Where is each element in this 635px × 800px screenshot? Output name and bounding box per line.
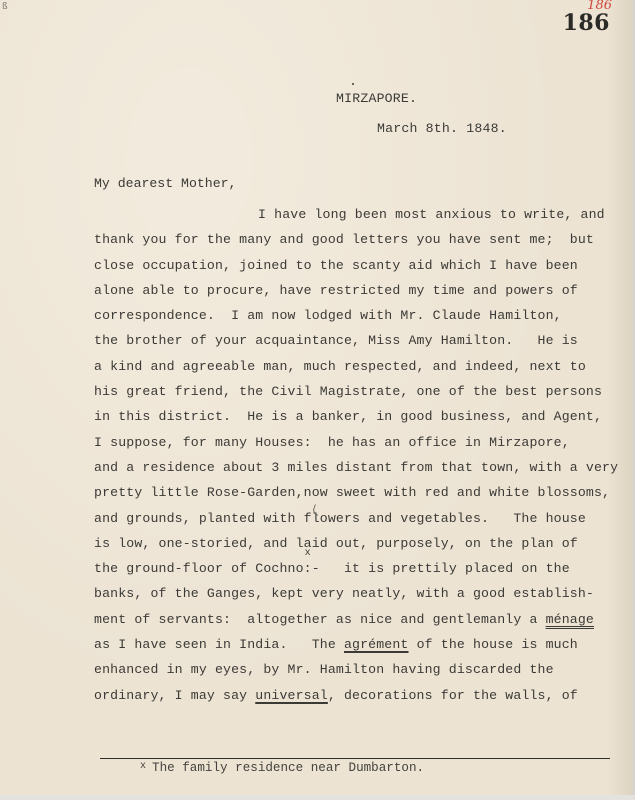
underlined-word: universal [255, 688, 328, 703]
footnote-text: The family residence near Dumbarton. [152, 761, 424, 775]
text-segment: ment of servants: altogether as nice and… [94, 612, 546, 627]
footnote-marker: x [140, 761, 146, 772]
text-segment: ordinary, I may say [94, 688, 255, 703]
body-line: I have long been most anxious to write, … [94, 202, 618, 227]
body-line: banks, of the Ganges, kept very neatly, … [94, 581, 618, 606]
text-segment: the ground-floor of Cochno [94, 561, 304, 576]
corner-mark: ß [2, 2, 8, 12]
body-line: thank you for the many and good letters … [94, 227, 618, 252]
body-line: and grounds, planted with flowers and ve… [94, 506, 618, 531]
stamped-page-number: 186 [563, 10, 610, 36]
body-line-cochno: the ground-floor of Cochnox:- it is pret… [94, 556, 618, 581]
text-segment: :- it is prettily placed on the [304, 561, 570, 576]
ink-dot [352, 83, 354, 85]
letter-date: March 8th. 1848. [377, 121, 507, 136]
body-line: enhanced in my eyes, by Mr. Hamilton hav… [94, 657, 618, 682]
scan-border [0, 795, 635, 800]
body-line: is low, one-storied, and laid out, purpo… [94, 531, 618, 556]
letter-place: MIRZAPORE. [336, 91, 417, 106]
body-line: correspondence. I am now lodged with Mr.… [94, 303, 618, 328]
text-segment: of the house is much [409, 637, 578, 652]
body-line: in this district. He is a banker, in goo… [94, 404, 618, 429]
footnote: xThe family residence near Dumbarton. [140, 761, 424, 775]
letter-body: I have long been most anxious to write, … [94, 202, 618, 708]
text-segment: as I have seen in India. The [94, 637, 344, 652]
underlined-word: agrément [344, 637, 409, 652]
body-line: pretty little Rose-Garden,now sweet with… [94, 480, 618, 505]
footnote-rule [100, 758, 610, 759]
body-line: close occupation, joined to the scanty a… [94, 253, 618, 278]
footnote-marker: x [305, 549, 311, 559]
text-segment: , decorations for the walls, of [328, 688, 578, 703]
body-line: and a residence about 3 miles distant fr… [94, 455, 618, 480]
body-line: his great friend, the Civil Magistrate, … [94, 379, 618, 404]
body-line: a kind and agreeable man, much respected… [94, 354, 618, 379]
body-line: alone able to procure, have restricted m… [94, 278, 618, 303]
body-line: the brother of your acquaintance, Miss A… [94, 328, 618, 353]
body-line: I suppose, for many Houses: he has an of… [94, 430, 618, 455]
body-line-menage: ment of servants: altogether as nice and… [94, 607, 618, 632]
letter-page: ß 186 186 MIRZAPORE. March 8th. 1848. My… [0, 0, 632, 795]
underlined-word: ménage [546, 612, 594, 627]
salutation: My dearest Mother, [94, 176, 236, 191]
body-line-ordinary: ordinary, I may say universal, decoratio… [94, 683, 618, 708]
body-line-agrement: as I have seen in India. The agrément of… [94, 632, 618, 657]
